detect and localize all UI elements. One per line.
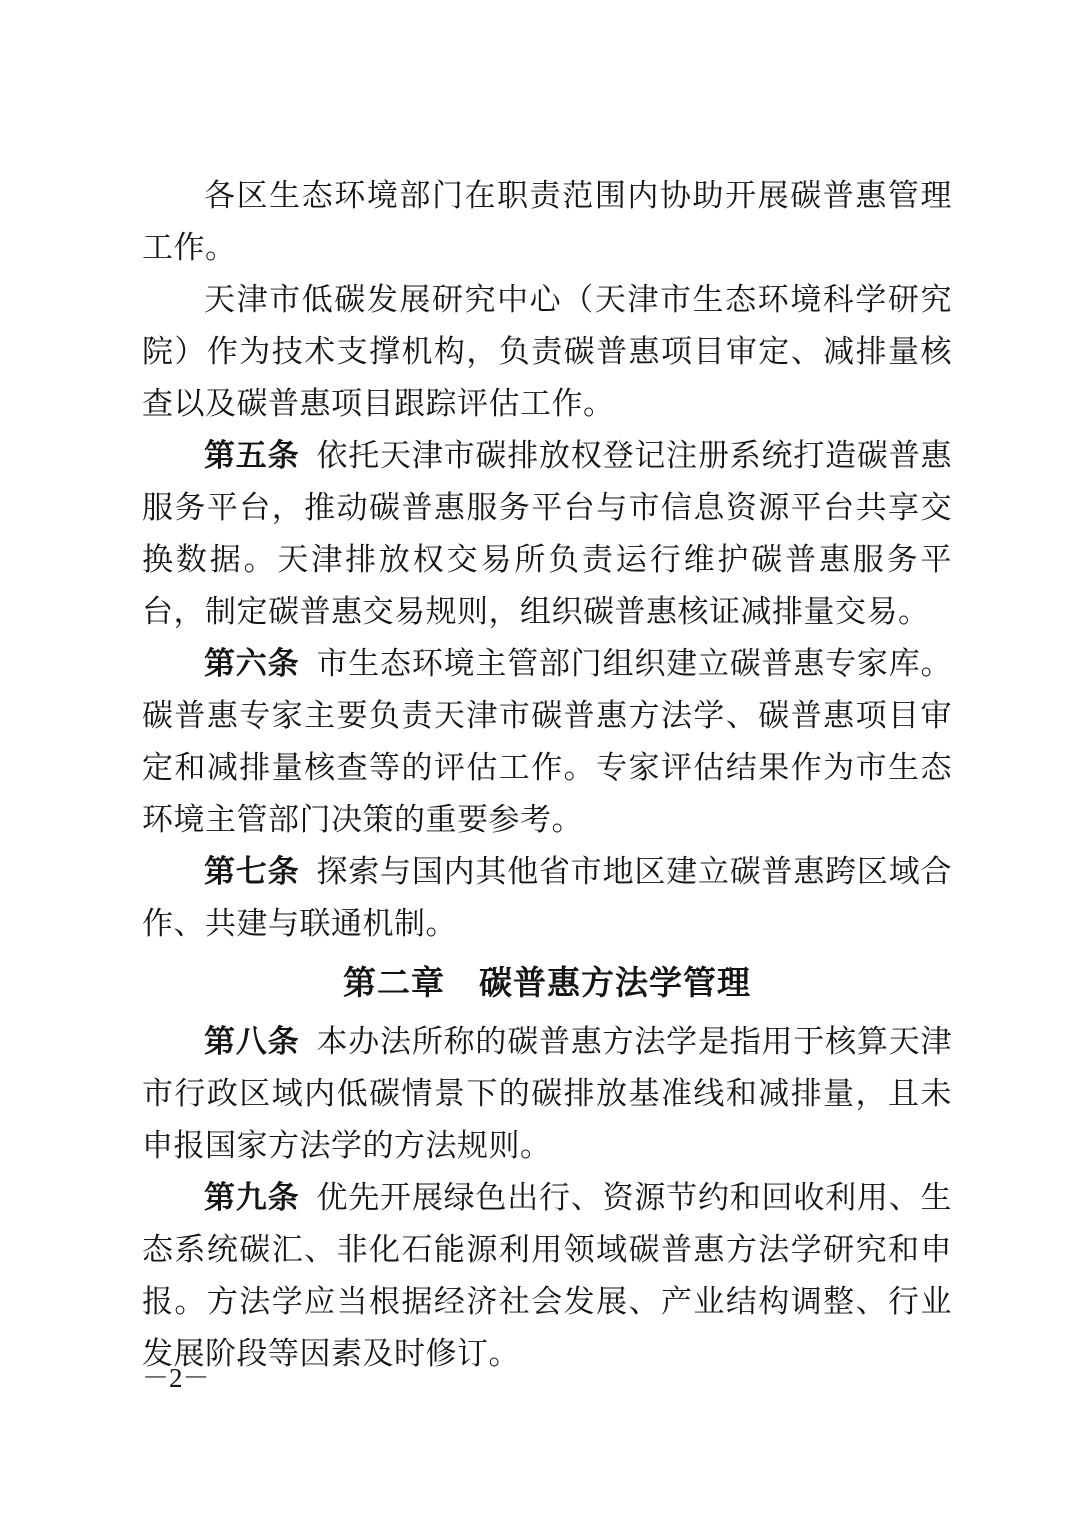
paragraph-text: 天津市低碳发展研究中心（天津市生态环境科学研究院）作为技术支撑机构，负责碳普惠项… xyxy=(142,282,952,421)
chapter-heading: 第二章 碳普惠方法学管理 xyxy=(142,956,952,1010)
paragraph-text: 各区生态环境部门在职责范围内协助开展碳普惠管理工作。 xyxy=(142,178,952,265)
paragraph-article-8: 第八条本办法所称的碳普惠方法学是指用于核算天津市行政区域内低碳情景下的碳排放基准… xyxy=(142,1016,952,1172)
paragraph-article-7: 第七条探索与国内其他省市地区建立碳普惠跨区域合作、共建与联通机制。 xyxy=(142,846,952,950)
article-number: 第九条 xyxy=(204,1180,299,1215)
paragraph-article-5: 第五条依托天津市碳排放权登记注册系统打造碳普惠服务平台，推动碳普惠服务平台与市信… xyxy=(142,430,952,638)
paragraph-article-9: 第九条优先开展绿色出行、资源节约和回收利用、生态系统碳汇、非化石能源利用领域碳普… xyxy=(142,1172,952,1380)
paragraph-technical-support: 天津市低碳发展研究中心（天津市生态环境科学研究院）作为技术支撑机构，负责碳普惠项… xyxy=(142,274,952,430)
paragraph-article-6: 第六条市生态环境主管部门组织建立碳普惠专家库。碳普惠专家主要负责天津市碳普惠方法… xyxy=(142,638,952,846)
article-number: 第八条 xyxy=(204,1024,299,1059)
article-number: 第六条 xyxy=(204,646,299,681)
document-body: 各区生态环境部门在职责范围内协助开展碳普惠管理工作。 天津市低碳发展研究中心（天… xyxy=(142,170,952,1380)
article-number: 第七条 xyxy=(204,854,299,889)
article-number: 第五条 xyxy=(204,438,299,473)
page-number: －2－ xyxy=(142,1362,210,1394)
document-page: 各区生态环境部门在职责范围内协助开展碳普惠管理工作。 天津市低碳发展研究中心（天… xyxy=(0,0,1080,1527)
paragraph-district-duties: 各区生态环境部门在职责范围内协助开展碳普惠管理工作。 xyxy=(142,170,952,274)
